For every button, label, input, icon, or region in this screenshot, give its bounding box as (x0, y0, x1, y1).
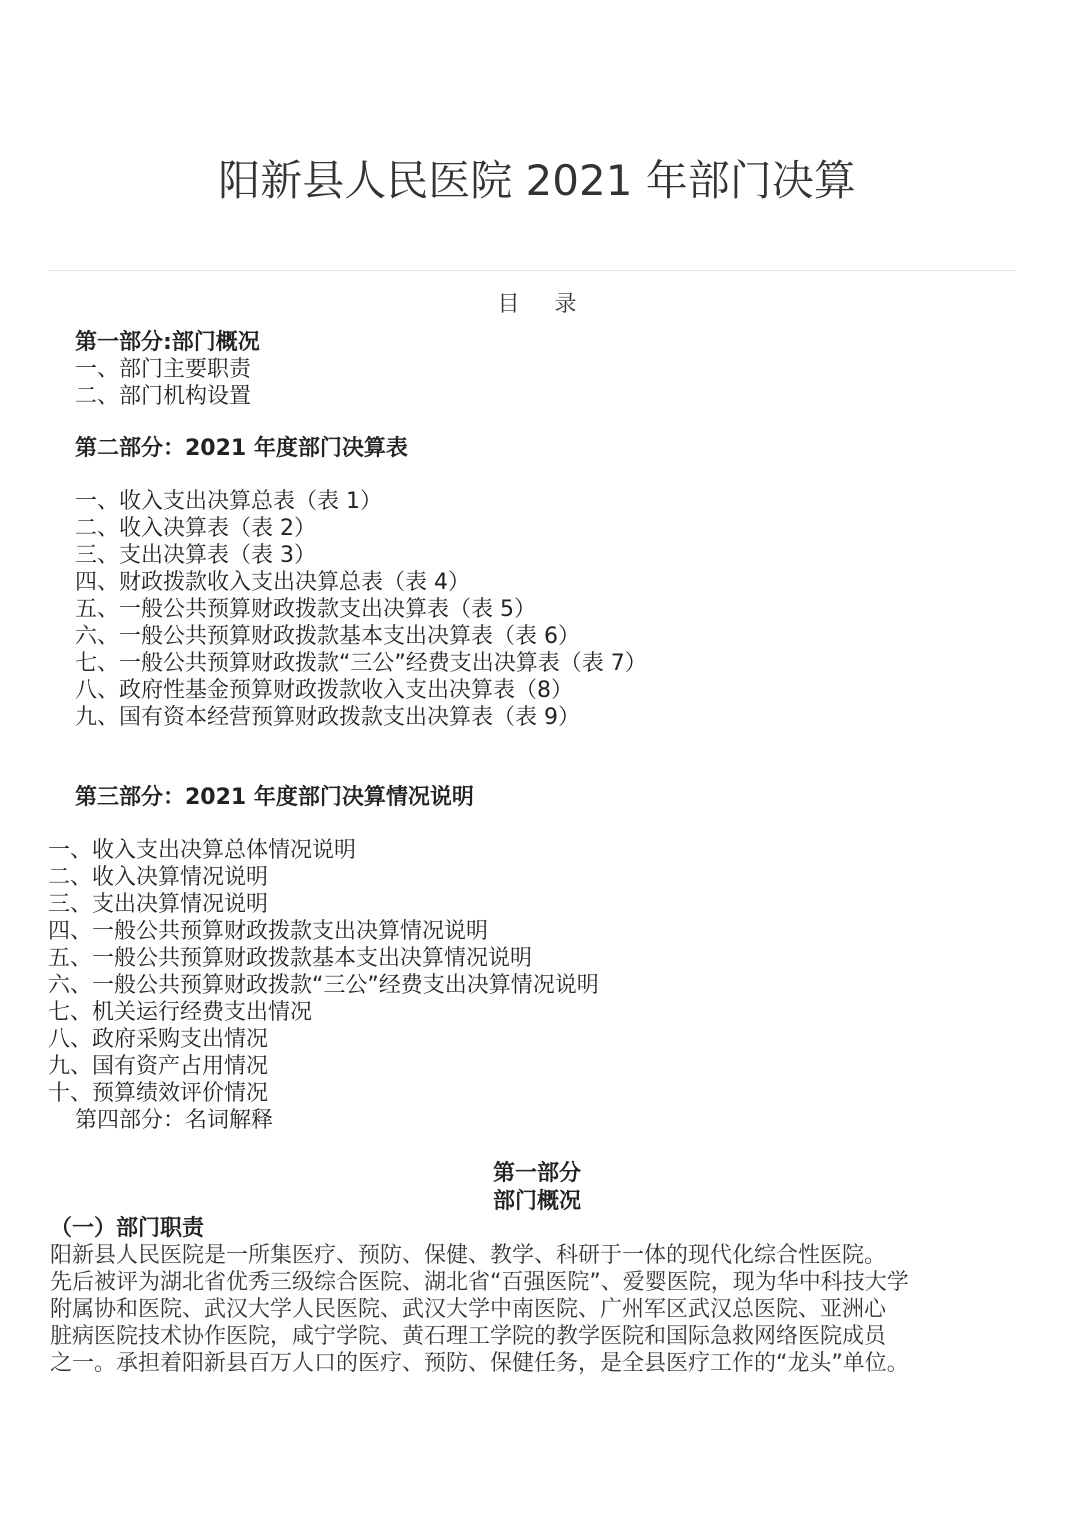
paragraph-line: 阳新县人民医院是一所集医疗、预防、保健、教学、科研于一体的现代化综合性医院。 (50, 1242, 1020, 1269)
toc-item: 三、支出决算情况说明 (48, 891, 268, 918)
sub-heading: （一）部门职责 (50, 1215, 204, 1242)
toc-item: 五、一般公共预算财政拨款基本支出决算情况说明 (48, 945, 532, 972)
toc-item: 九、国有资本经营预算财政拨款支出决算表（表 9） (75, 704, 580, 731)
toc-part3-heading: 第三部分：2021 年度部门决算情况说明 (75, 784, 474, 811)
document-title: 阳新县人民医院 2021 年部门决算 (0, 148, 1074, 208)
toc-item: 三、支出决算表（表 3） (75, 542, 316, 569)
paragraph-line: 之一。承担着阳新县百万人口的医疗、预防、保健任务，是全县医疗工作的“龙头”单位。 (50, 1350, 1020, 1377)
toc-item: 二、部门机构设置 (75, 383, 251, 410)
toc-part2-heading: 第二部分：2021 年度部门决算表 (75, 435, 408, 462)
toc-heading: 目 录 (0, 287, 1074, 318)
toc-item: 十、预算绩效评价情况 (48, 1080, 268, 1107)
toc-item: 九、国有资产占用情况 (48, 1053, 268, 1080)
toc-part1-heading: 第一部分:部门概况 (75, 329, 260, 356)
toc-item: 五、一般公共预算财政拨款支出决算表（表 5） (75, 596, 536, 623)
toc-item: 一、收入支出决算总表（表 1） (75, 488, 382, 515)
section-title: 第一部分 (0, 1160, 1074, 1187)
paragraph-line: 脏病医院技术协作医院，咸宁学院、黄石理工学院的教学医院和国际急救网络医院成员 (50, 1323, 1020, 1350)
toc-part4-heading: 第四部分：名词解释 (75, 1107, 273, 1134)
toc-item: 六、一般公共预算财政拨款“三公”经费支出决算情况说明 (48, 972, 599, 999)
toc-item: 二、收入决算表（表 2） (75, 515, 316, 542)
body-paragraph: 阳新县人民医院是一所集医疗、预防、保健、教学、科研于一体的现代化综合性医院。 先… (50, 1242, 1020, 1377)
toc-item: 八、政府采购支出情况 (48, 1026, 268, 1053)
toc-heading-char: 目 (497, 287, 519, 318)
toc-item: 七、一般公共预算财政拨款“三公”经费支出决算表（表 7） (75, 650, 647, 677)
paragraph-line: 附属协和医院、武汉大学人民医院、武汉大学中南医院、广州军区武汉总医院、亚洲心 (50, 1296, 1020, 1323)
toc-item: 二、收入决算情况说明 (48, 864, 268, 891)
toc-item: 一、收入支出决算总体情况说明 (48, 837, 356, 864)
paragraph-line: 先后被评为湖北省优秀三级综合医院、湖北省“百强医院”、爱婴医院，现为华中科技大学 (50, 1269, 1020, 1296)
section-subtitle: 部门概况 (0, 1188, 1074, 1215)
toc-item: 四、一般公共预算财政拨款支出决算情况说明 (48, 918, 488, 945)
divider (48, 270, 1016, 271)
toc-item: 四、财政拨款收入支出决算总表（表 4） (75, 569, 470, 596)
toc-heading-char: 录 (555, 287, 577, 318)
toc-item: 一、部门主要职责 (75, 356, 251, 383)
toc-item: 七、机关运行经费支出情况 (48, 999, 312, 1026)
toc-item: 六、一般公共预算财政拨款基本支出决算表（表 6） (75, 623, 580, 650)
toc-item: 八、政府性基金预算财政拨款收入支出决算表（8） (75, 677, 573, 704)
